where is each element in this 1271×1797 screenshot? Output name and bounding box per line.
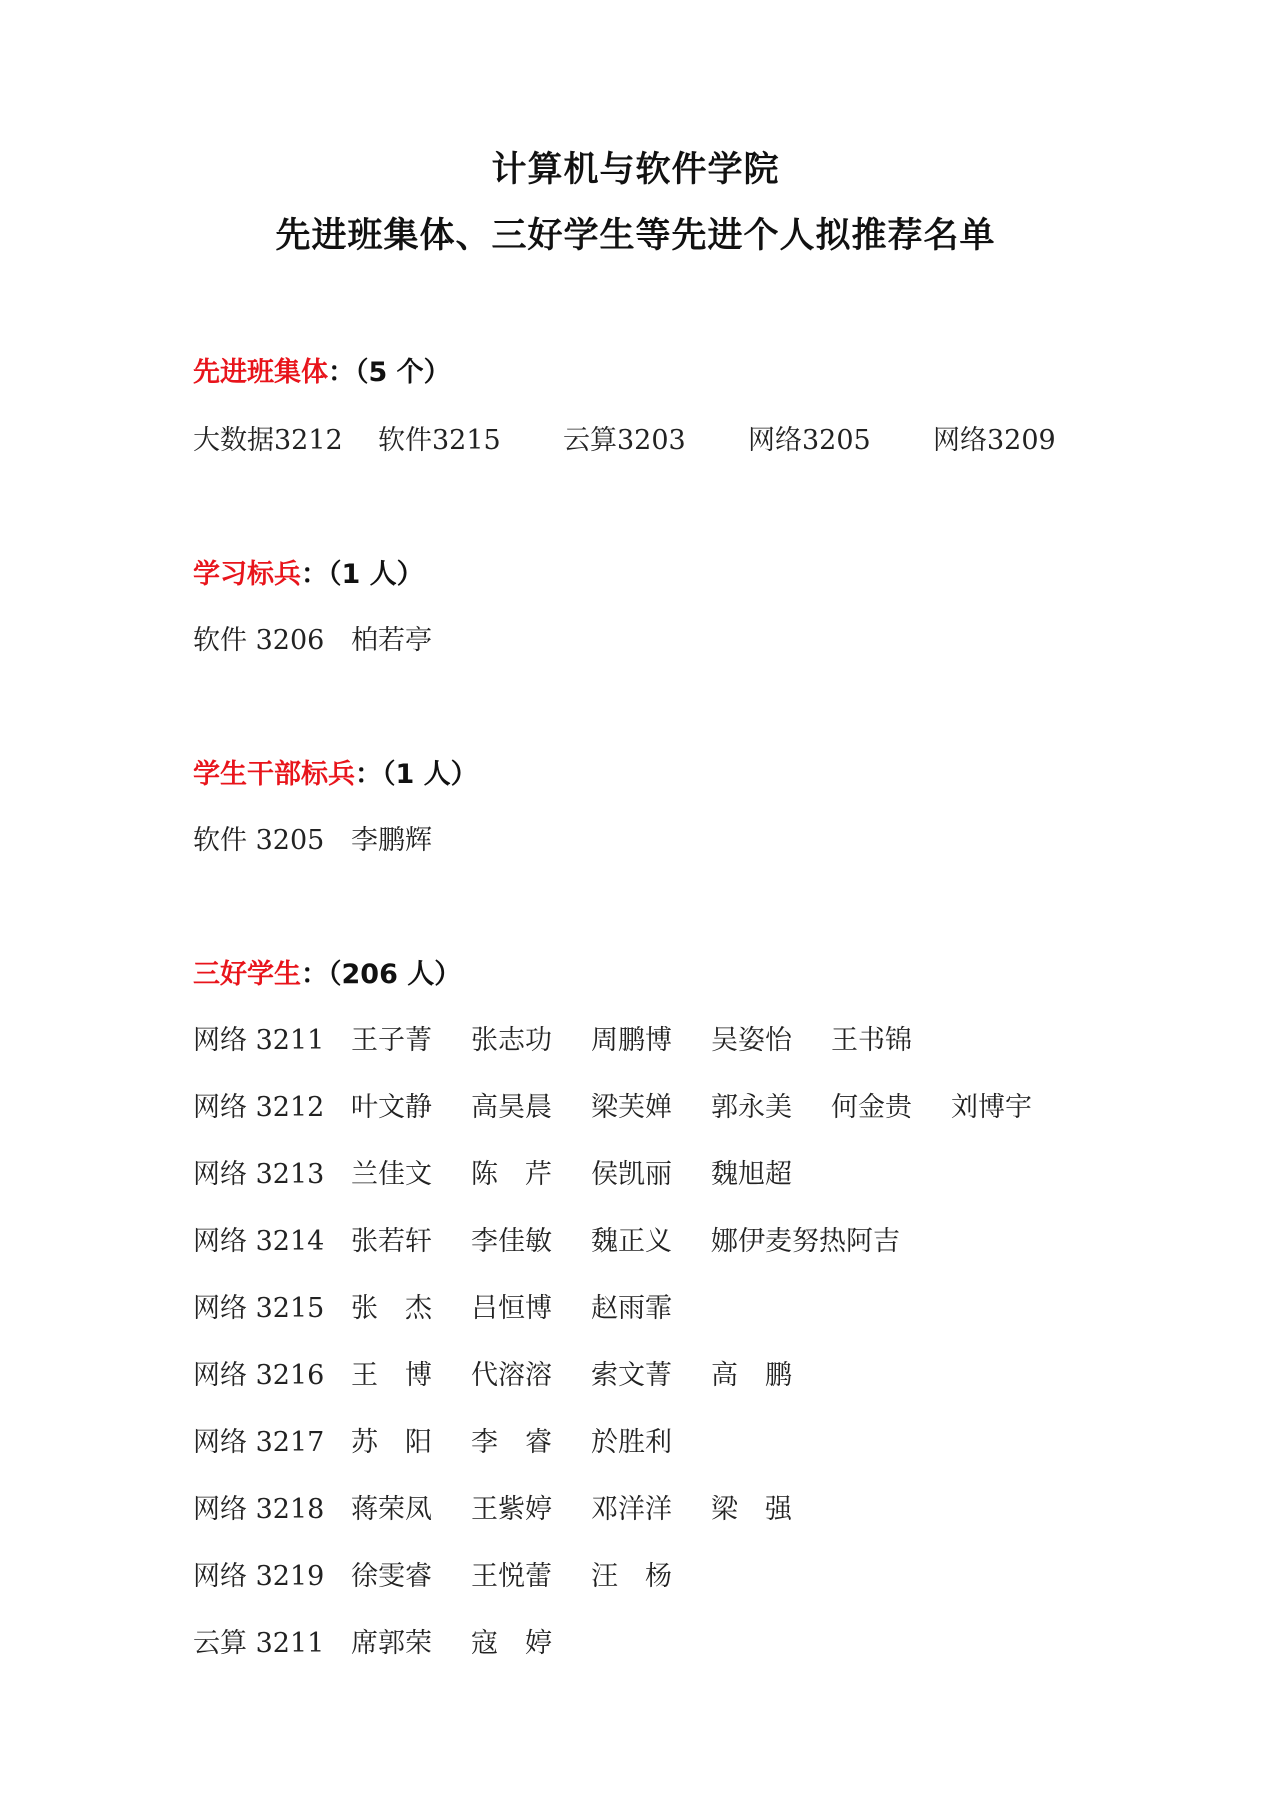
list-row: 网络 3211王子菁张志功周鹏博吴姿怡王书锦 — [193, 1018, 951, 1057]
class-name: 云算 3211 — [193, 1621, 351, 1660]
student-name: 王书锦 — [831, 1018, 951, 1057]
student-name: 李佳敏 — [471, 1219, 591, 1258]
student-name: 李鹏辉 — [351, 818, 471, 857]
student-name: 兰佳文 — [351, 1152, 471, 1191]
document-page: 计算机与软件学院 先进班集体、三好学生等先进个人拟推荐名单 先进班集体：（5 个… — [0, 0, 1271, 1797]
student-name: 王子菁 — [351, 1018, 471, 1057]
section-label: 三好学生 — [193, 959, 301, 990]
student-name: 张 杰 — [351, 1286, 471, 1325]
student-name: 陈 芹 — [471, 1152, 591, 1191]
section-count: ：（1 人） — [301, 559, 424, 590]
list-row: 网络 3215张 杰吕恒博赵雨霏 — [193, 1286, 711, 1325]
student-name: 赵雨霏 — [591, 1286, 711, 1325]
class-name: 网络 3212 — [193, 1085, 351, 1124]
list-row: 软件 3205李鹏辉 — [193, 818, 471, 857]
list-row: 网络 3218蒋荣凤王紫婷邓洋洋梁 强 — [193, 1487, 831, 1526]
student-name: 李 睿 — [471, 1420, 591, 1459]
student-name: 寇 婷 — [471, 1621, 591, 1660]
class-name: 网络 3216 — [193, 1353, 351, 1392]
student-name: 张若轩 — [351, 1219, 471, 1258]
section-count: ：（1 人） — [355, 759, 478, 790]
section-heading-cadre-model: 学生干部标兵：（1 人） — [193, 752, 478, 791]
student-name: 王紫婷 — [471, 1487, 591, 1526]
student-name: 刘博宇 — [951, 1085, 1071, 1124]
student-name: 郭永美 — [711, 1085, 831, 1124]
advanced-class-list: 大数据3212软件3215云算3203网络3205网络3209 — [193, 418, 1118, 457]
student-name: 汪 杨 — [591, 1554, 711, 1593]
student-name: 邓洋洋 — [591, 1487, 711, 1526]
section-heading-three-good: 三好学生：（206 人） — [193, 952, 461, 991]
class-item: 大数据3212 — [193, 418, 378, 457]
student-name: 梁 强 — [711, 1487, 831, 1526]
class-item: 网络3209 — [933, 418, 1118, 457]
list-row: 云算 3211席郭荣寇 婷 — [193, 1621, 591, 1660]
list-row: 网络 3214张若轩李佳敏魏正义娜伊麦努热阿吉 — [193, 1219, 900, 1258]
section-label: 学习标兵 — [193, 559, 301, 590]
student-name: 柏若亭 — [351, 618, 471, 657]
section-label: 先进班集体 — [193, 357, 328, 388]
section-count: ：（206 人） — [301, 959, 461, 990]
student-name: 席郭荣 — [351, 1621, 471, 1660]
student-name: 梁芙婵 — [591, 1085, 711, 1124]
student-name: 侯凯丽 — [591, 1152, 711, 1191]
list-row: 软件 3206柏若亭 — [193, 618, 471, 657]
list-row: 网络 3212叶文静高昊晨梁芙婵郭永美何金贵刘博宇 — [193, 1085, 1071, 1124]
student-name: 苏 阳 — [351, 1420, 471, 1459]
section-heading-study-model: 学习标兵：（1 人） — [193, 552, 424, 591]
student-name: 王悦蕾 — [471, 1554, 591, 1593]
class-item: 云算3203 — [563, 418, 748, 457]
student-name: 索文菁 — [591, 1353, 711, 1392]
class-name: 网络 3214 — [193, 1219, 351, 1258]
student-name: 魏正义 — [591, 1219, 711, 1258]
section-label: 学生干部标兵 — [193, 759, 355, 790]
class-name: 网络 3217 — [193, 1420, 351, 1459]
document-subtitle: 先进班集体、三好学生等先进个人拟推荐名单 — [0, 208, 1271, 258]
student-name: 张志功 — [471, 1018, 591, 1057]
student-name: 徐雯睿 — [351, 1554, 471, 1593]
list-row: 网络 3216王 博代溶溶索文菁高 鹏 — [193, 1353, 831, 1392]
class-item: 网络3205 — [748, 418, 933, 457]
student-name: 高 鹏 — [711, 1353, 831, 1392]
student-name: 周鹏博 — [591, 1018, 711, 1057]
student-name: 娜伊麦努热阿吉 — [711, 1219, 900, 1258]
list-row: 网络 3213兰佳文陈 芹侯凯丽魏旭超 — [193, 1152, 831, 1191]
class-name: 网络 3211 — [193, 1018, 351, 1057]
student-name: 何金贵 — [831, 1085, 951, 1124]
student-name: 高昊晨 — [471, 1085, 591, 1124]
section-heading-advanced-class: 先进班集体：（5 个） — [193, 350, 451, 389]
class-name: 网络 3213 — [193, 1152, 351, 1191]
section-count: ：（5 个） — [328, 357, 451, 388]
student-name: 吕恒博 — [471, 1286, 591, 1325]
student-name: 蒋荣凤 — [351, 1487, 471, 1526]
list-row: 网络 3219徐雯睿王悦蕾汪 杨 — [193, 1554, 711, 1593]
class-name: 网络 3219 — [193, 1554, 351, 1593]
list-row: 网络 3217苏 阳李 睿於胜利 — [193, 1420, 711, 1459]
class-name: 软件 3205 — [193, 818, 351, 857]
class-name: 软件 3206 — [193, 618, 351, 657]
student-name: 吴姿怡 — [711, 1018, 831, 1057]
document-title: 计算机与软件学院 — [0, 142, 1271, 192]
class-item: 软件3215 — [378, 418, 563, 457]
student-name: 王 博 — [351, 1353, 471, 1392]
student-name: 於胜利 — [591, 1420, 711, 1459]
student-name: 叶文静 — [351, 1085, 471, 1124]
student-name: 代溶溶 — [471, 1353, 591, 1392]
class-name: 网络 3218 — [193, 1487, 351, 1526]
student-name: 魏旭超 — [711, 1152, 831, 1191]
class-name: 网络 3215 — [193, 1286, 351, 1325]
